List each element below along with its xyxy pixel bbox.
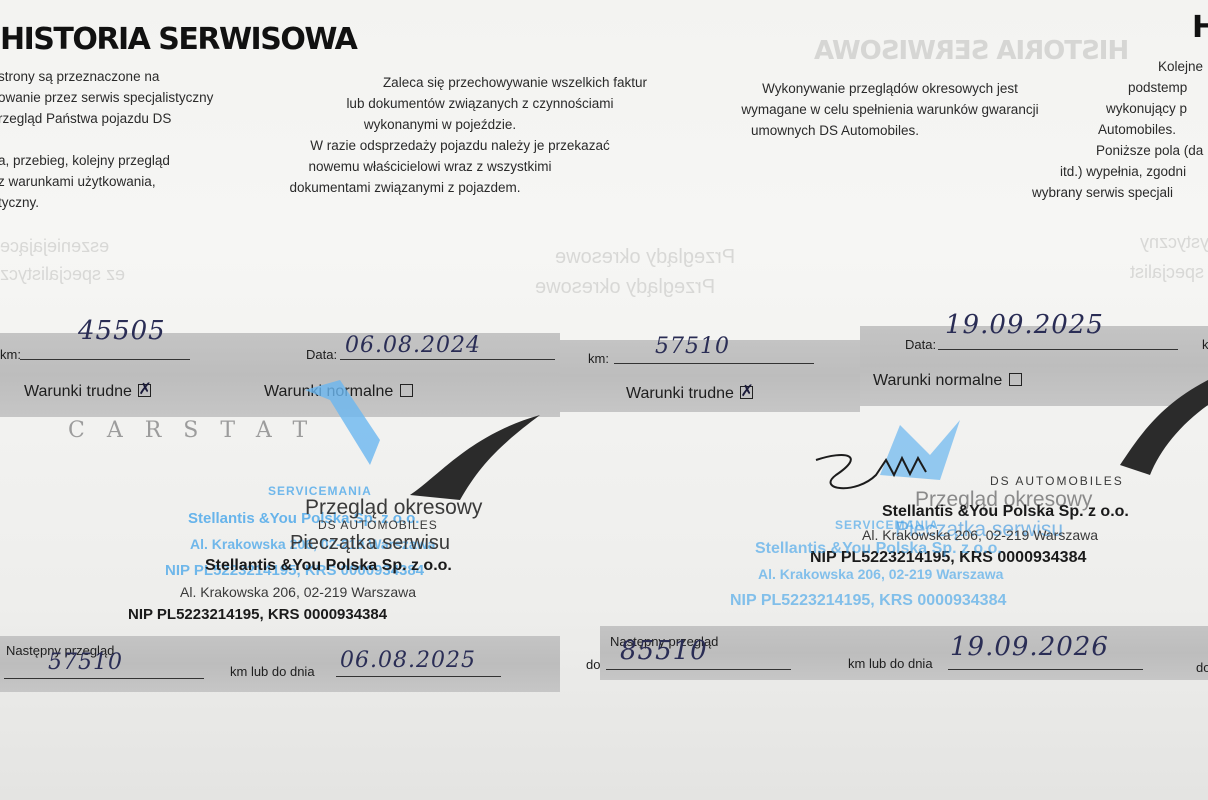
right-next-edge-prefix: do: [1196, 660, 1208, 675]
left-date-label: Data:: [306, 347, 337, 362]
left-next-km-handwritten: 57510: [48, 650, 123, 675]
ds-logo-right-icon: [1080, 375, 1208, 475]
right-next-km-or-date-label: km lub do dnia: [848, 656, 933, 671]
right-stamp-brand: DS AUTOMOBILES: [990, 474, 1124, 488]
right-cond-hard[interactable]: Warunki trudne: [626, 385, 753, 403]
left-cond-normal-checkbox[interactable]: [400, 384, 413, 397]
page-title-right-fragment: H: [1192, 10, 1208, 45]
right-blue-stamp-company: Stellantis &You Polska Sp. z o.o.: [755, 540, 1002, 558]
right-blue-stamp-header: SERVICEMANIA: [835, 518, 939, 532]
right-edge-text: Kolejne podstemp wykonujący p Automobile…: [1030, 56, 1208, 203]
carstat-watermark: CARSTAT: [68, 418, 329, 443]
right-blue-stamp-address: Al. Krakowska 206, 02-219 Warszawa: [758, 566, 1003, 582]
ghost-right-line-2: zez specjalist: [1130, 262, 1208, 283]
right-km-edge-label: km: [1202, 337, 1208, 352]
right-date-handwritten: 19.09.2025: [945, 310, 1104, 340]
left-next-date-handwritten: 06.08.2025: [340, 648, 476, 673]
ghost-center-line-2: Przeglądy okresowe: [535, 276, 715, 299]
right-next-km-handwritten: 85510: [620, 636, 708, 666]
right-next-date-handwritten: 19.09.2026: [950, 632, 1109, 662]
left-next-km-or-date-label: km lub do dnia: [230, 664, 315, 679]
left-stamp-ids: NIP PL5223214195, KRS 0000934384: [128, 606, 387, 623]
ds-logo-left-icon: [400, 415, 550, 505]
right-blue-stamp-ids: NIP PL5223214195, KRS 0000934384: [730, 592, 1006, 610]
left-middle-text: Zaleca się przechowywanie wszelkich fakt…: [240, 72, 680, 198]
left-stamp-company: Stellantis &You Polska Sp. z o.o.: [205, 557, 452, 575]
right-cond-normal[interactable]: Warunki normalne: [873, 372, 1022, 390]
right-date-label: Data:: [905, 337, 936, 352]
ghost-center-line-1: Przeglądy okresowe: [555, 246, 735, 269]
left-km-handwritten: 45505: [78, 316, 166, 346]
ghost-right-line-1: ystyczny: [1140, 232, 1208, 253]
left-stamp-address: Al. Krakowska 206, 02-219 Warszawa: [180, 584, 416, 600]
right-cond-normal-checkbox[interactable]: [1009, 373, 1022, 386]
ghost-left-line-1: eszeniejające: [0, 236, 109, 257]
ds-blue-chevron-left-icon: [300, 380, 400, 470]
left-cond-hard-checkbox[interactable]: [138, 384, 151, 397]
left-stamp-title: Przegląd okresowy: [305, 496, 482, 520]
page-title: HISTORIA SERWISOWA: [0, 22, 356, 57]
right-next-prefix: do: [586, 657, 600, 672]
left-stamp-brand: DS AUTOMOBILES: [318, 518, 438, 532]
left-stamp-subtitle: Pieczątka serwisu: [290, 532, 450, 555]
ghost-left-line-2: ez specjalistycz: [0, 264, 125, 285]
left-date-handwritten: 06.08.2024: [345, 333, 481, 358]
left-intro-text: strony są przeznaczone na owanie przez s…: [0, 66, 213, 213]
right-km-handwritten: 57510: [655, 334, 730, 359]
left-km-label: km:: [0, 347, 21, 362]
right-km-label: km:: [588, 351, 609, 366]
left-cond-hard[interactable]: Warunki trudne: [24, 383, 151, 401]
right-cond-hard-checkbox[interactable]: [740, 386, 753, 399]
